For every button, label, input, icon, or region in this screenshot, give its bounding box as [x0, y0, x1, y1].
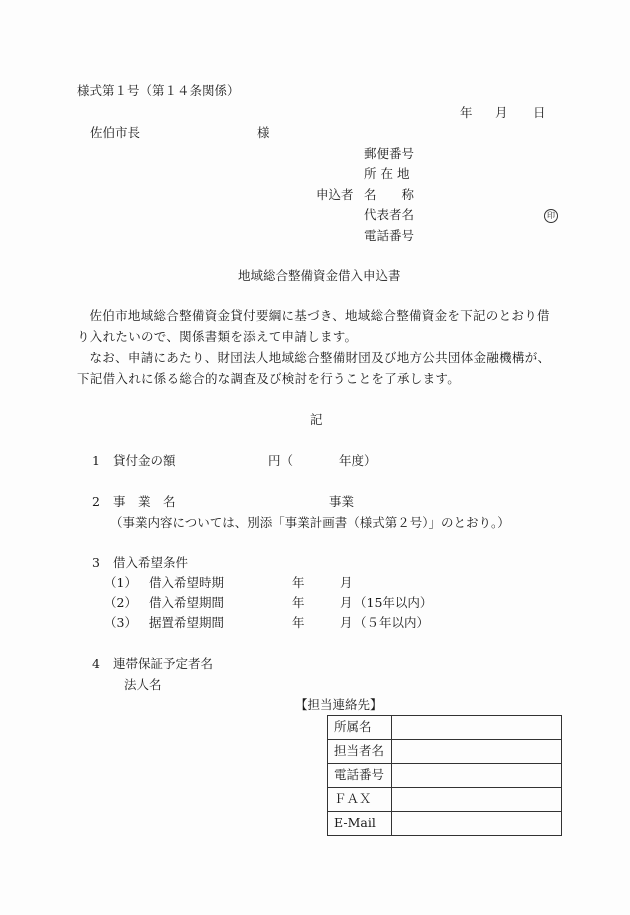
item-2-note: （事業内容については、別添「事業計画書（様式第２号）」のとおり。） — [110, 517, 510, 530]
body-text: 佐伯市地域総合整備資金貸付要綱に基づき、地域総合整備資金を下記のとおり借り入れた… — [77, 305, 561, 389]
contact-phone-field[interactable] — [392, 764, 562, 788]
body-paragraph-2: なお、申請にあたり、財団法人地域総合整備財団及び地方公共団体金融機構が、下記借入… — [77, 347, 561, 389]
applicant-postal-label: 郵便番号 — [364, 148, 414, 161]
contact-fax-label: ＦＡＸ — [328, 788, 392, 812]
item-3-label: 借入希望条件 — [113, 557, 188, 570]
table-row: 所属名 — [328, 716, 562, 740]
document-title: 地域総合整備資金借入申込書 — [238, 270, 401, 283]
contact-department-field[interactable] — [392, 716, 562, 740]
item-2-number: 2 — [92, 496, 100, 509]
contact-fax-field[interactable] — [392, 788, 562, 812]
ki-heading: 記 — [310, 414, 323, 427]
item-3-1-label: 借入希望時期 — [149, 577, 224, 590]
form-number: 様式第１号（第１４条関係） — [77, 85, 240, 98]
item-3-3-number: （3） — [104, 617, 137, 630]
item-4-label: 連帯保証予定者名 — [113, 658, 213, 671]
table-row: 担当者名 — [328, 740, 562, 764]
contact-heading: 【担当連絡先】 — [295, 699, 383, 712]
contact-person-field[interactable] — [392, 740, 562, 764]
seal-icon: 印 — [544, 209, 558, 223]
applicant-name-label: 名 称 — [364, 189, 414, 202]
addressee-name: 佐伯市長 — [90, 127, 140, 140]
table-row: 電話番号 — [328, 764, 562, 788]
body-paragraph-1: 佐伯市地域総合整備資金貸付要綱に基づき、地域総合整備資金を下記のとおり借り入れた… — [77, 305, 561, 347]
date-month-label: 月 — [495, 107, 508, 120]
item-3-3-label: 据置希望期間 — [149, 617, 224, 630]
applicant-phone-label: 電話番号 — [364, 230, 414, 243]
item-4-corporate-name-label: 法人名 — [124, 679, 162, 692]
date-year-label: 年 — [460, 107, 473, 120]
item-1-unit: 円（ — [268, 455, 293, 468]
item-2-suffix: 事業 — [329, 496, 354, 509]
contact-email-field[interactable] — [392, 812, 562, 836]
item-3-2-year: 年 — [292, 597, 305, 610]
contact-email-label: E-Mail — [328, 812, 392, 836]
contact-phone-label: 電話番号 — [328, 764, 392, 788]
item-3-2-note: （15年以内） — [354, 597, 432, 610]
item-3-3-year: 年 — [292, 617, 305, 630]
contact-person-label: 担当者名 — [328, 740, 392, 764]
item-2-label: 事 業 名 — [113, 496, 176, 509]
item-3-3-month: 月 — [340, 617, 353, 630]
item-3-2-number: （2） — [104, 597, 137, 610]
item-3-2-month: 月 — [340, 597, 353, 610]
table-row: ＦＡＸ — [328, 788, 562, 812]
addressee-honorific: 様 — [257, 127, 270, 140]
item-3-1-year: 年 — [292, 577, 305, 590]
applicant-representative-label: 代表者名 — [364, 209, 414, 222]
applicant-label: 申込者 — [316, 189, 354, 202]
contact-table: 所属名 担当者名 電話番号 ＦＡＸ E-Mail — [327, 715, 562, 836]
date-day-label: 日 — [533, 107, 546, 120]
seal-mark: 印 — [544, 208, 558, 223]
item-3-1-number: （1） — [104, 577, 137, 590]
item-3-1-month: 月 — [340, 577, 353, 590]
item-1-fiscal-year: 年度） — [339, 455, 377, 468]
item-3-2-label: 借入希望期間 — [149, 597, 224, 610]
item-4-number: 4 — [92, 658, 100, 671]
applicant-address-label: 所 在 地 — [364, 168, 409, 181]
contact-department-label: 所属名 — [328, 716, 392, 740]
item-3-number: 3 — [92, 557, 100, 570]
item-1-number: 1 — [92, 455, 100, 468]
item-1-label: 貸付金の額 — [113, 455, 176, 468]
item-3-3-note: （５年以内） — [354, 617, 429, 630]
table-row: E-Mail — [328, 812, 562, 836]
